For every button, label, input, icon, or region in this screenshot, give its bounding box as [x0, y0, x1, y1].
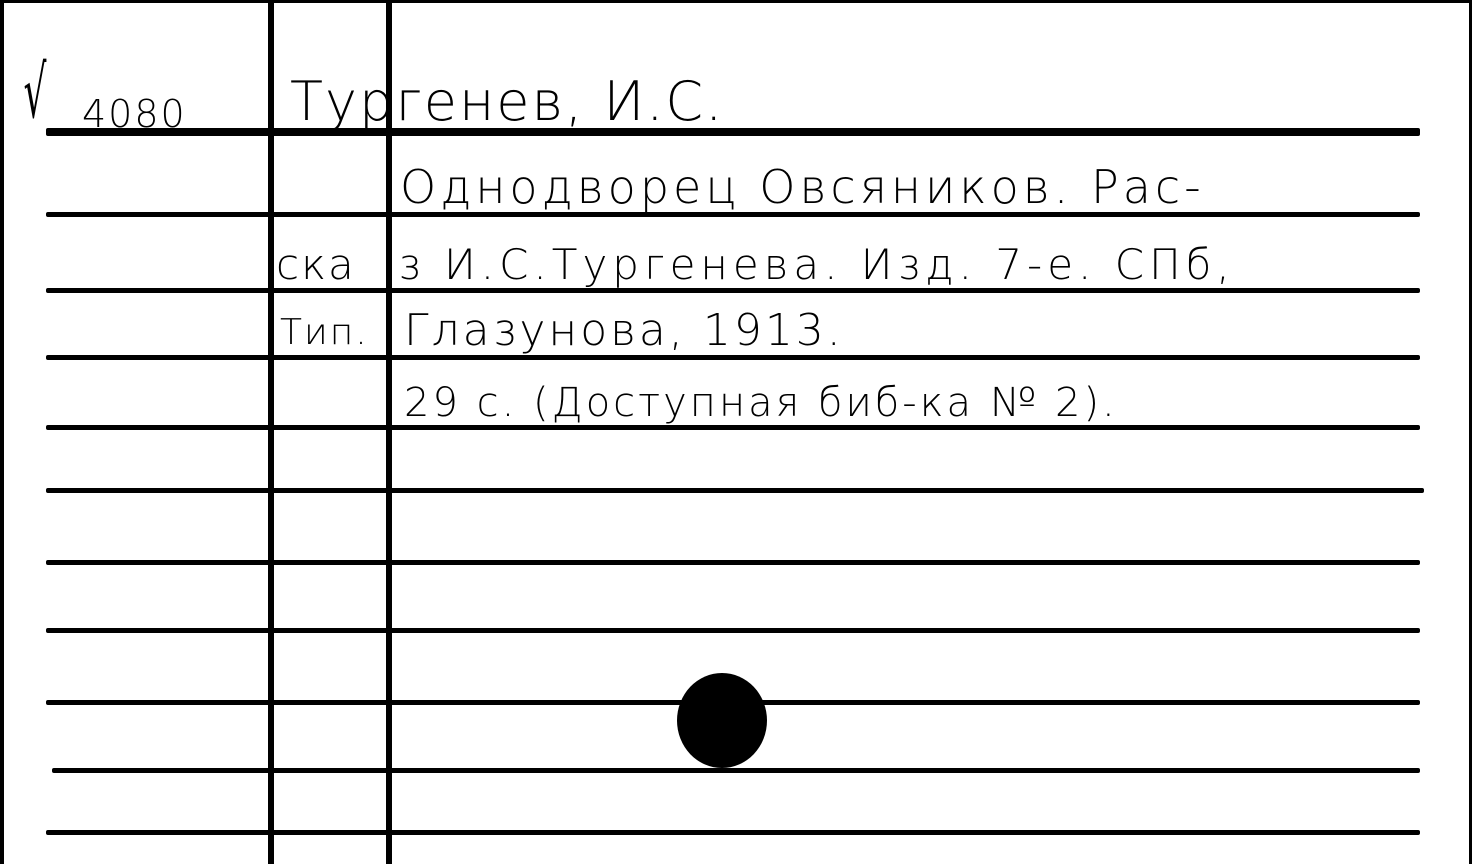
rule — [46, 560, 1420, 565]
collation-line: 29 с. (Доступная биб-ка № 2). — [404, 380, 1118, 426]
title-line-1: Однодворец Овсяников. Рас- — [400, 160, 1205, 214]
rule — [46, 830, 1420, 835]
title-line-3-left: Тип. — [280, 312, 369, 353]
heading-rule — [46, 128, 1420, 136]
card-top-edge — [0, 0, 1472, 3]
card-left-edge — [0, 0, 4, 864]
author-heading: Тургенев, И.С. — [290, 70, 724, 133]
title-line-2-left: ска — [276, 240, 356, 289]
rule — [46, 628, 1420, 633]
rule — [52, 768, 1420, 773]
title-line-3: Глазунова, 1913. — [404, 305, 844, 356]
call-number: 4080 — [82, 92, 187, 136]
catalog-card: √ 4080 Тургенев, И.С. Однодворец Овсяник… — [0, 0, 1472, 864]
check-mark: √ — [23, 50, 46, 134]
title-line-2: з И.С.Тургенева. Изд. 7-е. СПб, — [398, 240, 1235, 289]
rule — [46, 488, 1424, 493]
punch-hole — [677, 673, 767, 768]
